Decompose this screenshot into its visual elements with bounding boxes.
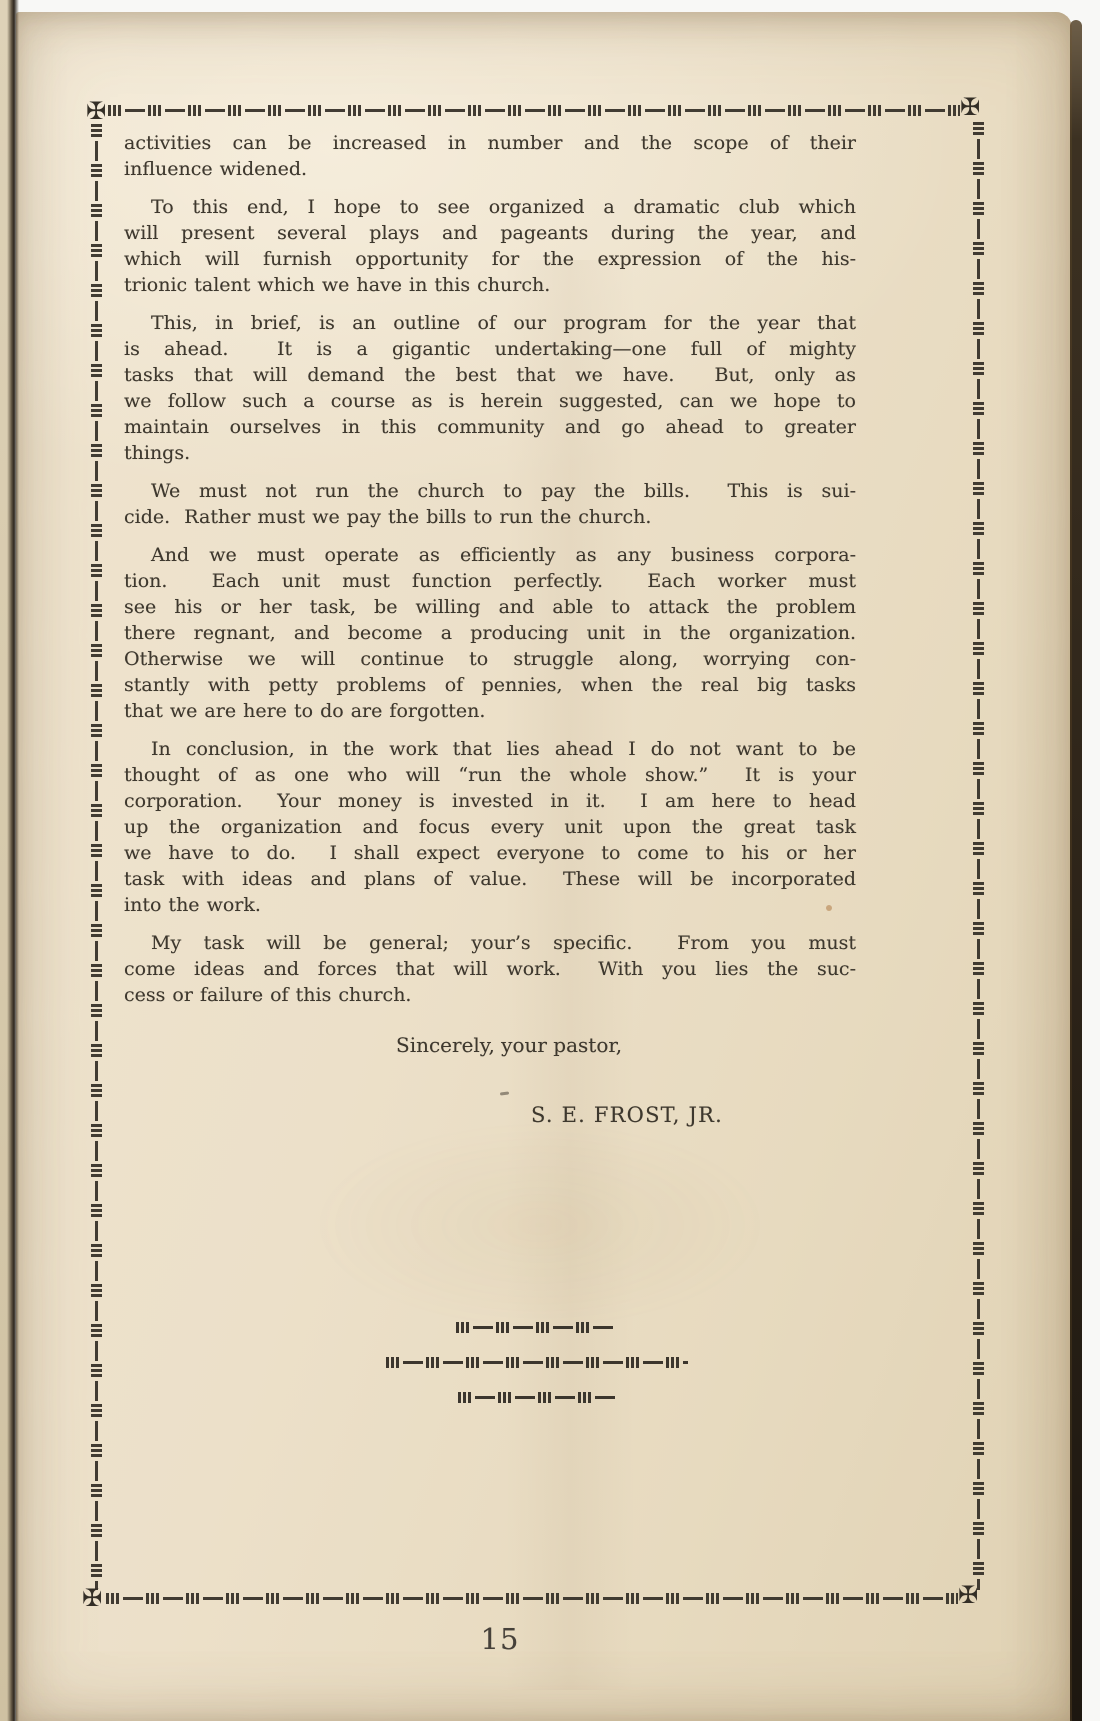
text-line: This, in brief, is an outline of our pro…	[124, 310, 856, 336]
book-edge	[1070, 20, 1082, 1721]
border-bottom	[106, 1593, 958, 1604]
text-line: thought of as one who will “run the whol…	[124, 762, 856, 788]
divider-ornament-2	[386, 1357, 688, 1368]
text-line: cess or failure of this church.	[124, 982, 856, 1008]
text-line: see his or her task, be willing and able…	[124, 594, 856, 620]
border-top	[108, 105, 960, 116]
text-line: up the organization and focus every unit…	[124, 814, 856, 840]
text-line: trionic talent which we have in this chu…	[124, 272, 856, 298]
text-line: task with ideas and plans of value. Thes…	[124, 866, 856, 892]
text-line: into the work.	[124, 892, 856, 918]
paragraph: My task will be general; your’s specific…	[124, 930, 856, 1008]
text-line: influence widened.	[124, 156, 856, 182]
signature: S. E. FROST, JR.	[124, 1102, 856, 1129]
text-line: which will furnish opportunity for the e…	[124, 246, 856, 272]
paragraph: This, in brief, is an outline of our pro…	[124, 310, 856, 466]
binding-crease	[7, 0, 19, 1721]
divider-ornament-1	[456, 1322, 616, 1333]
text-line: activities can be increased in number an…	[124, 130, 856, 156]
text-line: We must not run the church to pay the bi…	[124, 478, 856, 504]
corner-cross-icon-bottom-right: ✠	[956, 1583, 980, 1607]
photo-background: ✠ ✠ ✠ ✠ activities can be increased in n…	[0, 0, 1100, 1721]
page-number: 15	[460, 1622, 540, 1656]
text-line: Otherwise we will continue to struggle a…	[124, 646, 856, 672]
text-line: we have to do. I shall expect everyone t…	[124, 840, 856, 866]
border-right	[973, 122, 984, 1590]
text-line: maintain ourselves in this community and…	[124, 414, 856, 440]
text-line: come ideas and forces that will work. Wi…	[124, 956, 856, 982]
text-line: things.	[124, 440, 856, 466]
corner-cross-icon-top-right: ✠	[958, 95, 982, 119]
text-line: And we must operate as efficiently as an…	[124, 542, 856, 568]
text-line: we follow such a course as is herein sug…	[124, 388, 856, 414]
paragraph: We must not run the church to pay the bi…	[124, 478, 856, 530]
text-line: tion. Each unit must function perfectly.…	[124, 568, 856, 594]
text-line: is ahead. It is a gigantic undertaking—o…	[124, 336, 856, 362]
paragraph: activities can be increased in number an…	[124, 130, 856, 182]
text-line: corporation. Your money is invested in i…	[124, 788, 856, 814]
paragraph: To this end, I hope to see organized a d…	[124, 194, 856, 298]
paragraphs: activities can be increased in number an…	[124, 130, 856, 1008]
text-line: To this end, I hope to see organized a d…	[124, 194, 856, 220]
divider-ornament-3	[458, 1392, 616, 1403]
closing: Sincerely, your pastor,	[124, 1032, 856, 1059]
text-line: that we are here to do are forgotten.	[124, 698, 856, 724]
corner-cross-icon-top-left: ✠	[84, 99, 108, 123]
text-line: tasks that will demand the best that we …	[124, 362, 856, 388]
letter-body: activities can be increased in number an…	[124, 130, 856, 1129]
border-left	[91, 124, 102, 1590]
corner-cross-icon-bottom-left: ✠	[80, 1586, 104, 1610]
text-line: there regnant, and become a producing un…	[124, 620, 856, 646]
text-line: stantly with petty problems of pennies, …	[124, 672, 856, 698]
text-line: In conclusion, in the work that lies ahe…	[124, 736, 856, 762]
paragraph: In conclusion, in the work that lies ahe…	[124, 736, 856, 918]
text-line: My task will be general; your’s specific…	[124, 930, 856, 956]
text-line: will present several plays and pageants …	[124, 220, 856, 246]
paragraph: And we must operate as efficiently as an…	[124, 542, 856, 724]
text-line: cide. Rather must we pay the bills to ru…	[124, 504, 856, 530]
